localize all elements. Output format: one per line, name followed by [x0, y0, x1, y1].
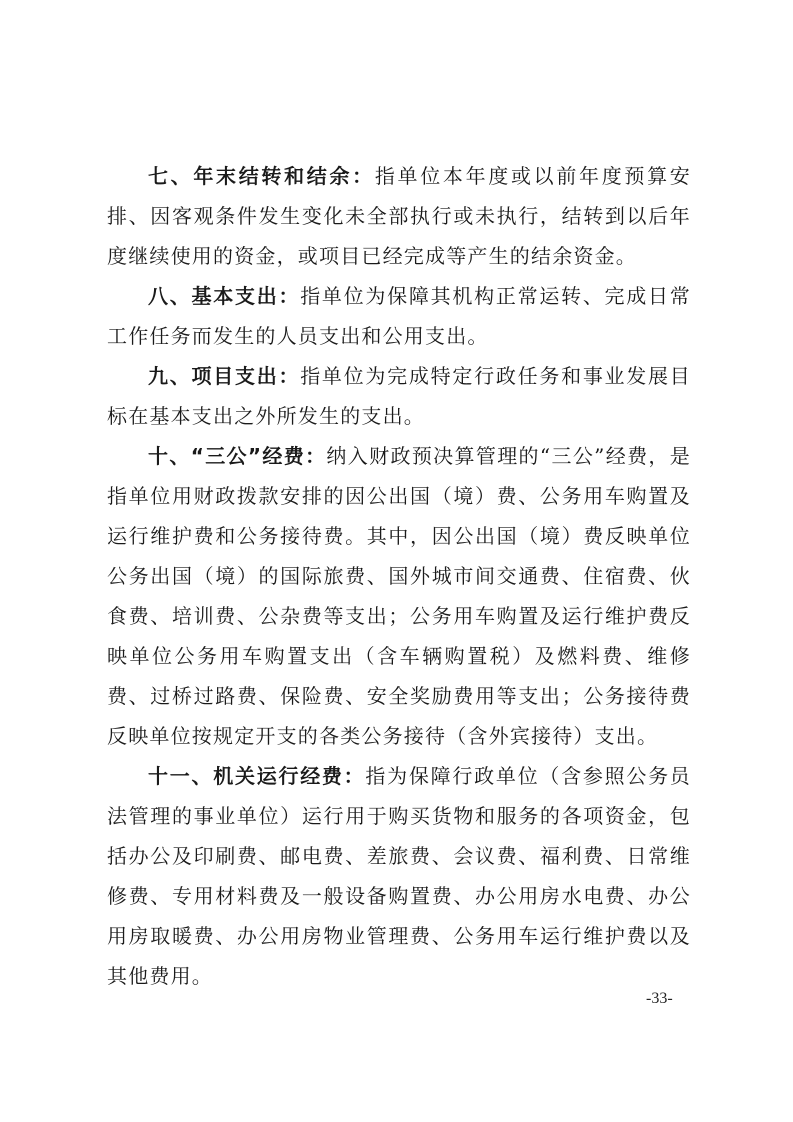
- paragraph-three-public-expenses: 十、“三公”经费：纳入财政预决算管理的“三公”经费，是指单位用财政拨款安排的因公…: [107, 436, 691, 756]
- term-definition: 指为保障行政单位（含参照公务员法管理的事业单位）运行用于购买货物和服务的各项资金…: [107, 764, 691, 988]
- term-definition: 纳入财政预决算管理的“三公”经费，是指单位用财政拨款安排的因公出国（境）费、公务…: [107, 444, 691, 748]
- page-number: -33-: [646, 990, 673, 1008]
- term-heading: 十一、机关运行经费：: [148, 764, 365, 788]
- term-heading: 八、基本支出：: [148, 284, 300, 308]
- paragraph-project-expenditure: 九、项目支出：指单位为完成特定行政任务和事业发展目标在基本支出之外所发生的支出。: [107, 356, 691, 436]
- paragraph-year-end-carryover: 七、年末结转和结余：指单位本年度或以前年度预算安排、因客观条件发生变化未全部执行…: [107, 156, 691, 276]
- term-heading: 九、项目支出：: [148, 364, 300, 388]
- paragraph-agency-operating-expenses: 十一、机关运行经费：指为保障行政单位（含参照公务员法管理的事业单位）运行用于购买…: [107, 756, 691, 996]
- paragraph-basic-expenditure: 八、基本支出：指单位为保障其机构正常运转、完成日常工作任务而发生的人员支出和公用…: [107, 276, 691, 356]
- term-heading: 七、年末结转和结余：: [148, 164, 375, 188]
- document-body: 七、年末结转和结余：指单位本年度或以前年度预算安排、因客观条件发生变化未全部执行…: [107, 156, 691, 996]
- term-heading: 十、“三公”经费：: [148, 444, 326, 468]
